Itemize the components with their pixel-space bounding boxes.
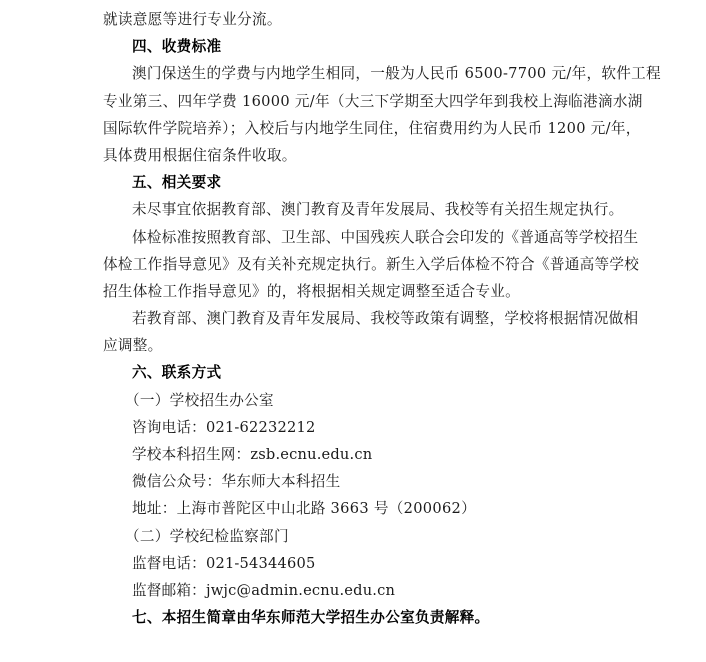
paragraph-continuation: 就读意愿等进行专业分流。	[103, 6, 623, 33]
fees-paragraph-line-3: 国际软件学院培养）；入校后与内地学生同住，住宿费用约为人民币 1200 元/年，	[103, 115, 623, 142]
contact-admissions-phone: 咨询电话：021-62232212	[103, 414, 623, 441]
section-heading-contact: 六、联系方式	[103, 359, 623, 386]
contact-supervision-email: 监督邮箱：jwjc@admin.ecnu.edu.cn	[103, 577, 623, 604]
policy-paragraph-line-2: 应调整。	[103, 332, 623, 359]
contact-address: 地址：上海市普陀区中山北路 3663 号（200062）	[103, 495, 623, 522]
contact-supervision-phone: 监督电话：021-54344605	[103, 550, 623, 577]
health-paragraph-line-1: 体检标准按照教育部、卫生部、中国残疾人联合会印发的《普通高等学校招生	[103, 224, 623, 251]
health-paragraph-line-2: 体检工作指导意见》及有关补充规定执行。新生入学后体检不符合《普通高等学校	[103, 251, 623, 278]
health-paragraph-line-3: 招生体检工作指导意见》的，将根据相关规定调整至适合专业。	[103, 278, 623, 305]
contact-admissions-website: 学校本科招生网：zsb.ecnu.edu.cn	[103, 441, 623, 468]
requirements-paragraph-1: 未尽事宜依据教育部、澳门教育及青年发展局、我校等有关招生规定执行。	[103, 196, 623, 223]
fees-paragraph-line-4: 具体费用根据住宿条件收取。	[103, 142, 623, 169]
policy-paragraph-line-1: 若教育部、澳门教育及青年发展局、我校等政策有调整，学校将根据情况做相	[103, 305, 623, 332]
contact-office-admissions-title: （一）学校招生办公室	[103, 387, 623, 414]
document-page: 就读意愿等进行专业分流。 四、收费标准 澳门保送生的学费与内地学生相同，一般为人…	[103, 6, 623, 631]
section-heading-fees: 四、收费标准	[103, 33, 623, 60]
closing-statement: 七、本招生简章由华东师范大学招生办公室负责解释。	[103, 604, 623, 631]
fees-paragraph-line-1: 澳门保送生的学费与内地学生相同，一般为人民币 6500-7700 元/年，软件工…	[103, 60, 623, 87]
contact-wechat-account: 微信公众号：华东师大本科招生	[103, 468, 623, 495]
section-heading-requirements: 五、相关要求	[103, 169, 623, 196]
contact-office-supervision-title: （二）学校纪检监察部门	[103, 523, 623, 550]
fees-paragraph-line-2: 专业第三、四年学费 16000 元/年（大三下学期至大四学年到我校上海临港滴水湖	[103, 88, 623, 115]
